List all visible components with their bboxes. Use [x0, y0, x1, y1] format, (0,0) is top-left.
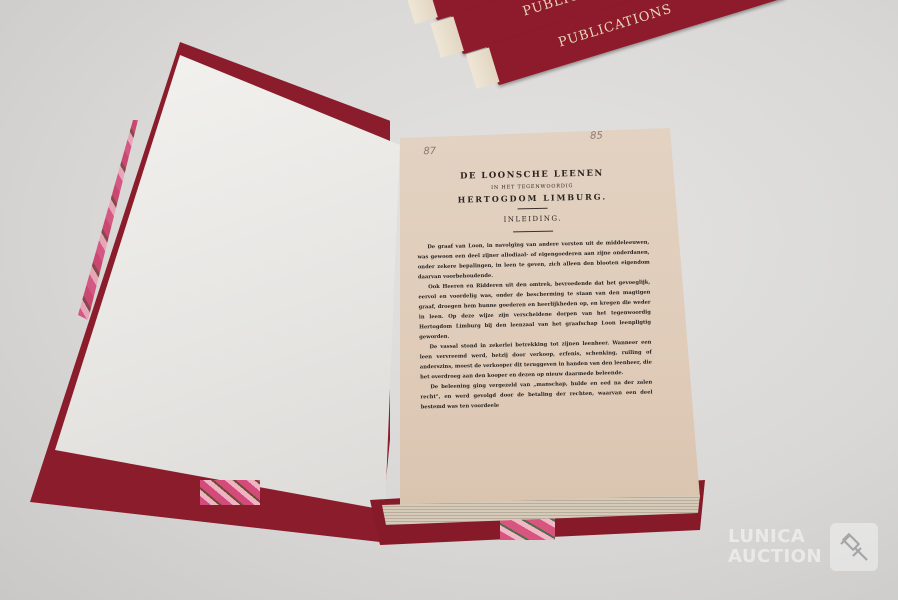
page-title-region: HERTOGDOM LIMBURG. [416, 191, 648, 206]
page-title: DE LOONSCHE LEENEN [416, 168, 648, 183]
paragraph: De graaf van Loon, in navolging van ande… [417, 238, 650, 283]
ornament-divider [518, 208, 548, 210]
paragraph: De vassal stond in zekerlei betrekking t… [419, 338, 652, 383]
watermark-logo: LUNICA AUCTION [728, 523, 878, 571]
page-text: 87 85 DE LOONSCHE LEENEN IN HET TEGENWOO… [415, 138, 653, 413]
marbled-endpaper-corner [200, 480, 260, 505]
section-rule [513, 231, 553, 233]
gavel-icon [830, 523, 878, 571]
pencil-mark: 87 [423, 146, 436, 157]
watermark-text: LUNICA AUCTION [728, 527, 822, 567]
photo-scene: 187 PUBLICATIONS PUBLICATIONS 87 85 DE L… [0, 0, 898, 600]
pencil-mark: 85 [590, 131, 603, 142]
section-heading: INLEIDING. [417, 213, 649, 226]
paragraph: Ook Heeren en Ridderen uit den omtrek, b… [418, 278, 651, 343]
book-stack: 187 PUBLICATIONS PUBLICATIONS [390, 0, 803, 133]
paragraph: De beleening ging vergezeld van „manscha… [420, 378, 653, 413]
